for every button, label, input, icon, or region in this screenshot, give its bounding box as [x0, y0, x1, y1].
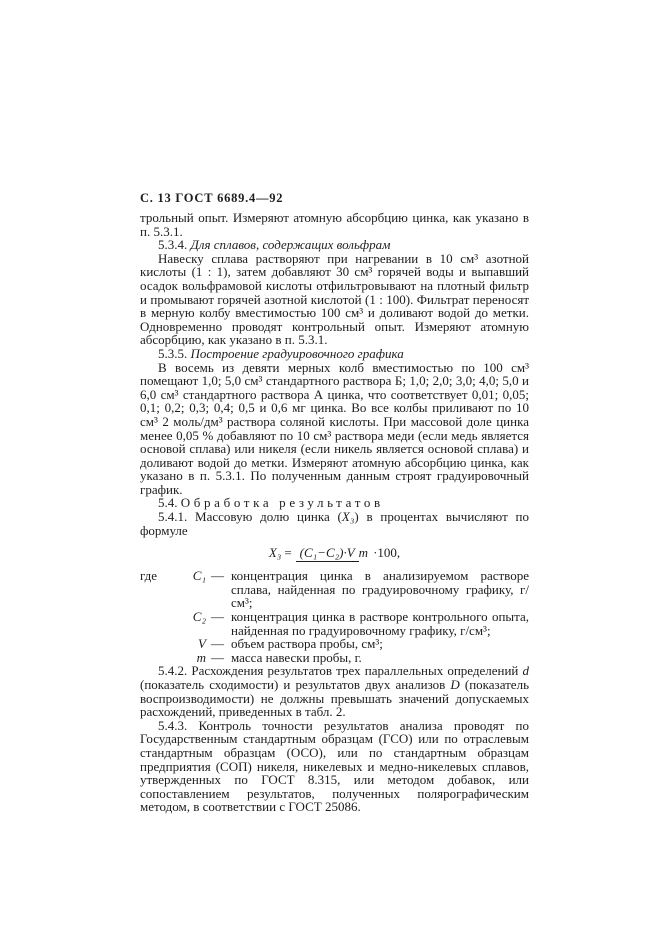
variable-x3: X₃ — [342, 509, 354, 524]
section-5-4-heading: 5.4. Обработка результатов — [140, 496, 529, 510]
definition-dash: — — [206, 569, 231, 583]
definition-text-c2: концентрация цинка в растворе контрольно… — [231, 610, 529, 637]
paragraph-continuation: трольный опыт. Измеряют атомную абсорбци… — [140, 211, 529, 238]
definition-text-v: объем раствора пробы, см³; — [231, 637, 529, 651]
formula-denominator: m — [359, 545, 368, 560]
definition-text-c1: концентрация цинка в анализируемом раств… — [231, 569, 529, 610]
definition-dash: — — [206, 637, 231, 651]
symbol-v: V — [172, 637, 206, 651]
section-5-4-3-body: 5.4.3. Контроль точности результатов ана… — [140, 719, 529, 814]
section-5-3-4-number: 5.3.4. — [158, 237, 187, 252]
section-5-3-5-heading: 5.3.5. Построение градуировочного график… — [140, 347, 529, 361]
definitions-where-label: где — [140, 569, 172, 583]
document-page: С. 13 ГОСТ 6689.4—92 трольный опыт. Изме… — [0, 0, 661, 935]
page-header: С. 13 ГОСТ 6689.4—92 — [140, 191, 283, 206]
definition-dash: — — [206, 610, 231, 624]
definition-row-c2: C₂ — концентрация цинка в растворе контр… — [140, 610, 529, 637]
formula-lhs: X₃ — [269, 546, 281, 560]
formula-fraction: (C₁−C₂)·Vm — [296, 546, 368, 560]
definition-dash: — — [206, 651, 231, 665]
section-5-4-1-body: 5.4.1. Массовую долю цинка (X₃) в процен… — [140, 510, 529, 537]
section-5-3-5-number: 5.3.5. — [158, 346, 187, 361]
section-5-3-5-title: Построение градуировочного графика — [191, 346, 404, 361]
section-5-4-2-body: 5.4.2. Расхождения результатов трех пара… — [140, 664, 529, 718]
document-content: трольный опыт. Измеряют атомную абсорбци… — [140, 211, 529, 814]
formula-equals: = — [284, 546, 291, 560]
definition-text-m: масса навески пробы, г. — [231, 651, 529, 665]
formula-numerator: (C₁−C₂)·V — [296, 545, 359, 562]
definition-row-m: m — масса навески пробы, г. — [140, 651, 529, 665]
section-5-3-4-title: Для сплавов, содержащих вольфрам — [191, 237, 391, 252]
definitions-list: где C₁ — концентрация цинка в анализируе… — [140, 569, 529, 664]
section-5-3-5-body: В восемь из девяти мерных колб вместимос… — [140, 361, 529, 497]
symbol-c2: C₂ — [172, 610, 206, 624]
symbol-m: m — [172, 651, 206, 665]
symbol-c1: C₁ — [172, 569, 206, 583]
section-5-3-4-heading: 5.3.4. Для сплавов, содержащих вольфрам — [140, 238, 529, 252]
definition-row-c1: где C₁ — концентрация цинка в анализируе… — [140, 569, 529, 610]
formula-rhs: ·100, — [373, 546, 400, 560]
section-5-3-4-body: Навеску сплава растворяют при нагревании… — [140, 252, 529, 347]
formula-x3: X₃=(C₁−C₂)·Vm·100, — [140, 545, 529, 560]
definition-row-v: V — объем раствора пробы, см³; — [140, 637, 529, 651]
